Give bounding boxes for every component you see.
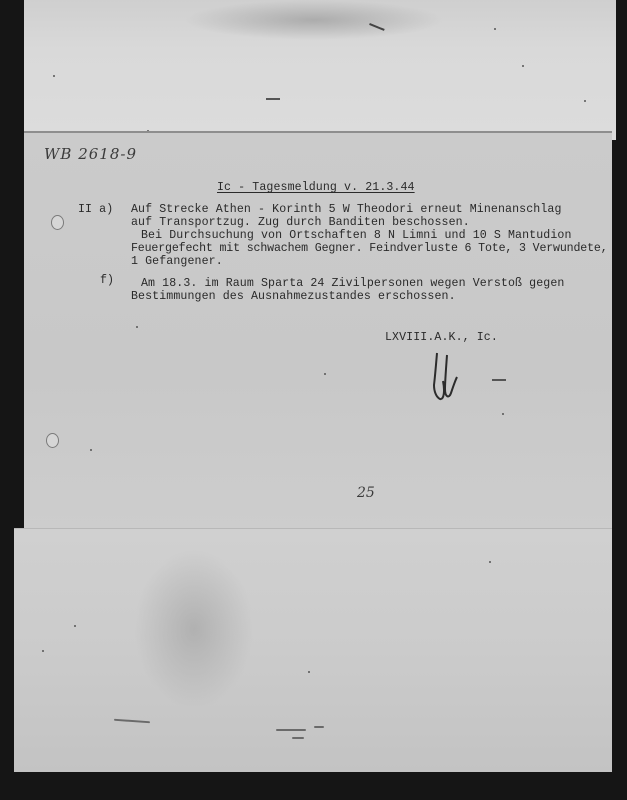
paper-shadow (184, 0, 444, 40)
punch-hole-icon (46, 433, 59, 448)
blank-sheet (14, 528, 612, 772)
paper-smudge (134, 549, 254, 709)
report-line: Feuergefecht mit schwachem Gegner. Feind… (131, 242, 608, 255)
archive-reference: WB 2618-9 (44, 145, 137, 163)
handwritten-signature-icon (429, 351, 469, 403)
sender-signature-block: LXVIII.A.K., Ic. (385, 331, 498, 344)
report-line: Am 18.3. im Raum Sparta 24 Zivilpersonen… (141, 277, 564, 290)
punch-hole-icon (51, 215, 64, 230)
scanned-document: WB 2618-9 Ic - Tagesmeldung v. 21.3.44 I… (0, 0, 627, 800)
report-line: Bei Durchsuchung von Ortschaften 8 N Lim… (141, 229, 572, 242)
page-number: 25 (357, 485, 375, 501)
section-label: II a) (78, 203, 113, 216)
report-title: Ic - Tagesmeldung v. 21.3.44 (217, 181, 415, 194)
report-sheet: WB 2618-9 Ic - Tagesmeldung v. 21.3.44 I… (24, 131, 612, 530)
report-line: auf Transportzug. Zug durch Banditen bes… (131, 216, 470, 229)
ink-mark (492, 379, 506, 381)
background-sheet (24, 0, 616, 140)
report-line: 1 Gefangener. (131, 255, 223, 268)
report-line: Bestimmungen des Ausnahmezustandes ersch… (131, 290, 456, 303)
section-label: f) (100, 274, 114, 287)
report-line: Auf Strecke Athen - Korinth 5 W Theodori… (131, 203, 562, 216)
